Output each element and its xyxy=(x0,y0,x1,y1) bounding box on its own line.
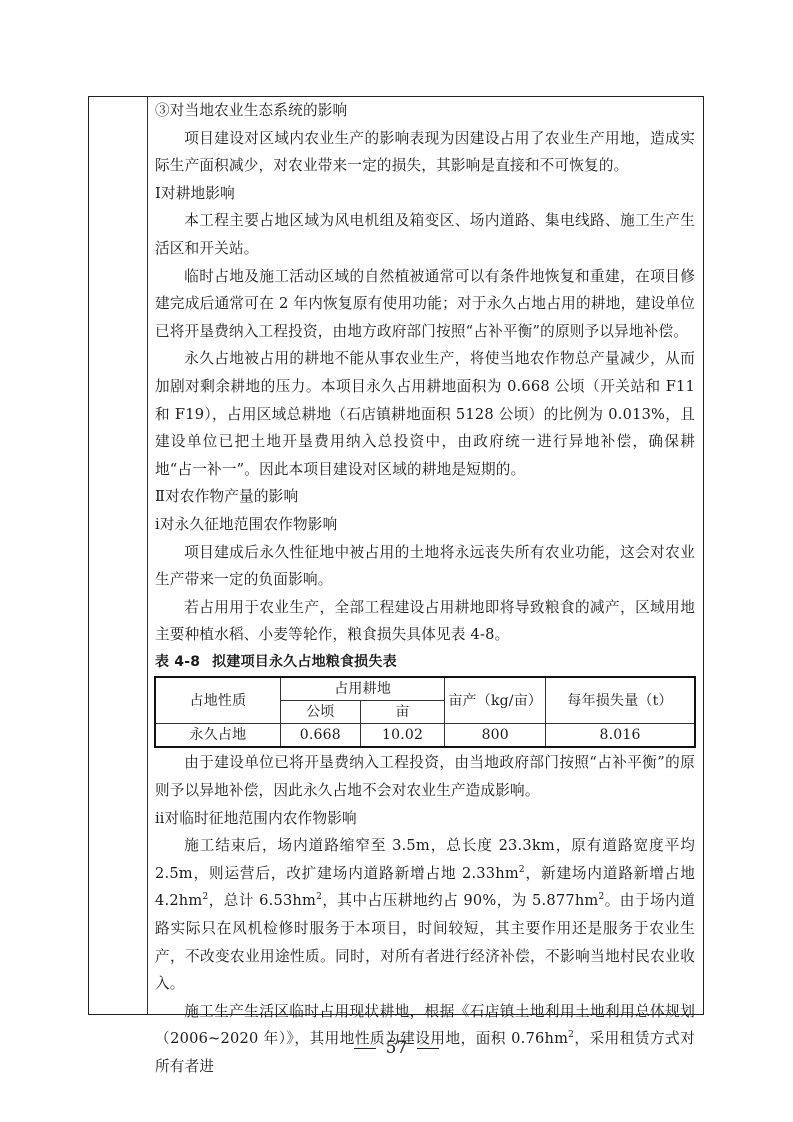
header-hectare: 公顷 xyxy=(280,701,360,724)
table-header-row: 占地性质 占用耕地 亩产（kg/亩） 每年损失量（t） xyxy=(155,677,695,701)
subheading-crop-yield: Ⅱ对农作物产量的影响 xyxy=(155,483,695,511)
section-heading: ③对当地农业生态系统的影响 xyxy=(155,97,695,125)
subheading-temporary-land: ⅱ对临时征地范围内农作物影响 xyxy=(155,805,695,833)
table-caption: 表 4-8拟建项目永久占地粮食损失表 xyxy=(155,649,695,677)
header-mu: 亩 xyxy=(360,701,445,724)
left-label-column xyxy=(89,97,148,1014)
document-content: ③对当地农业生态系统的影响 项目建设对区域内农业生产的影响表现为因建设占用了农业… xyxy=(155,97,695,1081)
table-row: 永久占地 0.668 10.02 800 8.016 xyxy=(155,724,695,748)
paragraph: 若占用用于农业生产，全部工程建设占用耕地即将导致粮食的减产，区域用地主要种植水稻… xyxy=(155,594,695,649)
dash-right xyxy=(417,1048,439,1049)
cell-annual-loss: 8.016 xyxy=(546,724,695,748)
subheading-farmland: Ⅰ对耕地影响 xyxy=(155,180,695,208)
paragraph: 项目建成后永久性征地中被占用的土地将永远丧失所有农业功能，这会对农业生产带来一定… xyxy=(155,539,695,594)
cell-mu: 10.02 xyxy=(360,724,445,748)
text-run: ，总计 6.53hm xyxy=(208,892,316,909)
table-caption-number: 表 4-8 xyxy=(155,654,200,670)
page-footer: 57 xyxy=(0,1038,793,1058)
header-yield: 亩产（kg/亩） xyxy=(445,677,546,724)
page-number: 57 xyxy=(386,1038,408,1058)
header-occupied-farmland: 占用耕地 xyxy=(280,677,445,701)
subheading-permanent-land: ⅰ对永久征地范围农作物影响 xyxy=(155,511,695,539)
table-caption-title: 拟建项目永久占地粮食损失表 xyxy=(212,654,397,670)
paragraph-road-area: 施工结束后，场内道路缩窄至 3.5m，总长度 23.3km，原有道路宽度平均 2… xyxy=(155,832,695,998)
grain-loss-table: 占地性质 占用耕地 亩产（kg/亩） 每年损失量（t） 公顷 亩 永久占地 0.… xyxy=(154,676,696,748)
paragraph: 由于建设单位已将开垦费纳入工程投资，由当地政府部门按照“占补平衡”的原则予以异地… xyxy=(155,749,695,804)
header-land-type: 占地性质 xyxy=(155,677,280,724)
text-run: ，其中占压耕地约占 90%，为 5.877hm xyxy=(322,892,598,909)
dash-left xyxy=(354,1048,376,1049)
cell-hectare: 0.668 xyxy=(280,724,360,748)
cell-land-type: 永久占地 xyxy=(155,724,280,748)
paragraph: 项目建设对区域内农业生产的影响表现为因建设占用了农业生产用地，造成实际生产面积减… xyxy=(155,125,695,180)
header-annual-loss: 每年损失量（t） xyxy=(546,677,695,724)
paragraph: 永久占地被占用的耕地不能从事农业生产，将使当地农作物总产量减少，从而加剧对剩余耕… xyxy=(155,345,695,483)
document-frame: ③对当地农业生态系统的影响 项目建设对区域内农业生产的影响表现为因建设占用了农业… xyxy=(88,96,704,1015)
cell-yield: 800 xyxy=(445,724,546,748)
paragraph: 本工程主要占地区域为风电机组及箱变区、场内道路、集电线路、施工生产生活区和开关站… xyxy=(155,207,695,262)
paragraph: 临时占地及施工活动区域的自然植被通常可以有条件地恢复和重建，在项目修建完成后通常… xyxy=(155,263,695,346)
